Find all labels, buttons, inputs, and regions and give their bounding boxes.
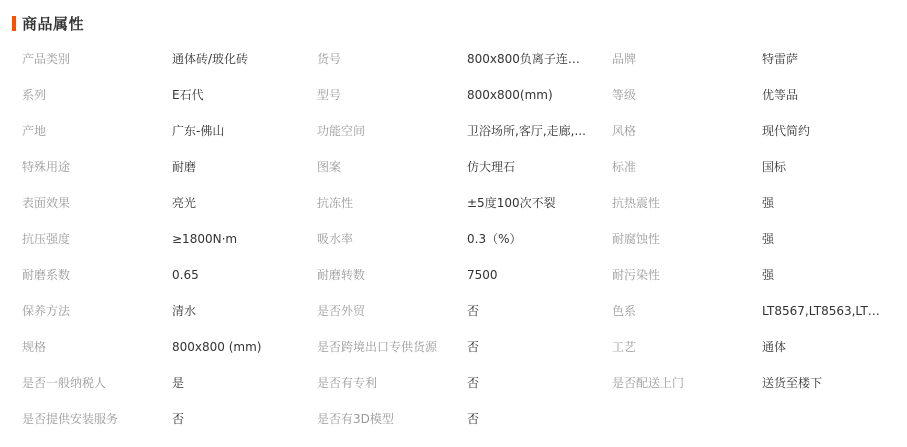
attribute-label: 功能空间: [317, 113, 462, 149]
attribute-value: 仿大理石: [467, 149, 587, 185]
attribute-label: 系列: [22, 77, 162, 113]
attribute-label: 图案: [317, 149, 462, 185]
attribute-value: 特雷萨: [762, 41, 882, 77]
attribute-label: 是否一般纳税人: [22, 365, 162, 401]
attribute-row: 系列 E石代 型号 800x800(mm) 等级 优等品: [0, 77, 907, 113]
attribute-label: 规格: [22, 329, 162, 365]
attribute-value: 0.3（%）: [467, 221, 587, 257]
attribute-row: 耐磨系数 0.65 耐磨转数 7500 耐污染性 强: [0, 257, 907, 293]
attribute-value: 优等品: [762, 77, 882, 113]
attribute-row: 是否提供安装服务 否 是否有3D模型 否: [0, 401, 907, 437]
attribute-label: 色系: [612, 293, 752, 329]
attribute-row: 产地 广东-佛山 功能空间 卫浴场所,客厅,走廊,... 风格 现代简约: [0, 113, 907, 149]
accent-bar: [12, 16, 16, 31]
attribute-value: 是: [172, 365, 292, 401]
attribute-label: 工艺: [612, 329, 752, 365]
attribute-label: 等级: [612, 77, 752, 113]
attribute-row: 规格 800x800 (mm) 是否跨境出口专供货源 否 工艺 通体: [0, 329, 907, 365]
attribute-value: LT8567,LT8563,LT857...: [762, 293, 882, 329]
attribute-value: E石代: [172, 77, 292, 113]
attribute-value: 否: [467, 293, 587, 329]
attribute-label: 抗热震性: [612, 185, 752, 221]
product-attributes-section: 商品属性 产品类别 通体砖/玻化砖 货号 800x800负离子连纹... 品牌 …: [0, 0, 907, 447]
attribute-value: 强: [762, 257, 882, 293]
attribute-value: 广东-佛山: [172, 113, 292, 149]
attribute-value: 800x800负离子连纹...: [467, 41, 587, 77]
attribute-value: 送货至楼下: [762, 365, 882, 401]
attributes-table: 产品类别 通体砖/玻化砖 货号 800x800负离子连纹... 品牌 特雷萨 系…: [0, 41, 907, 437]
attribute-value: 否: [467, 365, 587, 401]
attribute-label: 产地: [22, 113, 162, 149]
attribute-value: 否: [467, 401, 587, 437]
attribute-label: 特殊用途: [22, 149, 162, 185]
attribute-value: 强: [762, 185, 882, 221]
attribute-label: 抗冻性: [317, 185, 462, 221]
attribute-label: 是否有专利: [317, 365, 462, 401]
attribute-label: 是否提供安装服务: [22, 401, 162, 437]
attribute-label: 是否有3D模型: [317, 401, 462, 437]
attribute-label: 品牌: [612, 41, 752, 77]
attribute-row: 表面效果 亮光 抗冻性 ±5度100次不裂 抗热震性 强: [0, 185, 907, 221]
attribute-row: 特殊用途 耐磨 图案 仿大理石 标准 国标: [0, 149, 907, 185]
attribute-value: 通体: [762, 329, 882, 365]
attribute-row: 产品类别 通体砖/玻化砖 货号 800x800负离子连纹... 品牌 特雷萨: [0, 41, 907, 77]
attribute-value: 卫浴场所,客厅,走廊,...: [467, 113, 587, 149]
attribute-value: 现代简约: [762, 113, 882, 149]
attribute-label: 耐磨系数: [22, 257, 162, 293]
attribute-value: ±5度100次不裂: [467, 185, 587, 221]
attribute-row: 保养方法 清水 是否外贸 否 色系 LT8567,LT8563,LT857...: [0, 293, 907, 329]
attribute-label: 抗压强度: [22, 221, 162, 257]
attribute-row: 抗压强度 ≥1800N·m 吸水率 0.3（%） 耐腐蚀性 强: [0, 221, 907, 257]
attribute-value: 国标: [762, 149, 882, 185]
attribute-value: 亮光: [172, 185, 292, 221]
attribute-label: 货号: [317, 41, 462, 77]
attribute-label: 风格: [612, 113, 752, 149]
section-header: 商品属性: [12, 13, 84, 33]
attribute-value: 否: [467, 329, 587, 365]
attribute-value: 强: [762, 221, 882, 257]
attribute-label: 型号: [317, 77, 462, 113]
attribute-value: 通体砖/玻化砖: [172, 41, 292, 77]
section-title: 商品属性: [22, 13, 84, 34]
attribute-label: 保养方法: [22, 293, 162, 329]
attribute-label: 耐腐蚀性: [612, 221, 752, 257]
attribute-value: 耐磨: [172, 149, 292, 185]
attribute-value: 800x800 (mm): [172, 329, 292, 365]
attribute-value: ≥1800N·m: [172, 221, 292, 257]
attribute-value: 7500: [467, 257, 587, 293]
attribute-label: 耐磨转数: [317, 257, 462, 293]
attribute-row: 是否一般纳税人 是 是否有专利 否 是否配送上门 送货至楼下: [0, 365, 907, 401]
attribute-label: 吸水率: [317, 221, 462, 257]
attribute-label: 是否外贸: [317, 293, 462, 329]
attribute-label: 标准: [612, 149, 752, 185]
attribute-label: 是否跨境出口专供货源: [317, 329, 462, 365]
attribute-value: 800x800(mm): [467, 77, 587, 113]
attribute-value: 否: [172, 401, 292, 437]
attribute-label: 是否配送上门: [612, 365, 752, 401]
attribute-value: 0.65: [172, 257, 292, 293]
attribute-value: 清水: [172, 293, 292, 329]
attribute-label: 产品类别: [22, 41, 162, 77]
attribute-label: 耐污染性: [612, 257, 752, 293]
attribute-label: 表面效果: [22, 185, 162, 221]
